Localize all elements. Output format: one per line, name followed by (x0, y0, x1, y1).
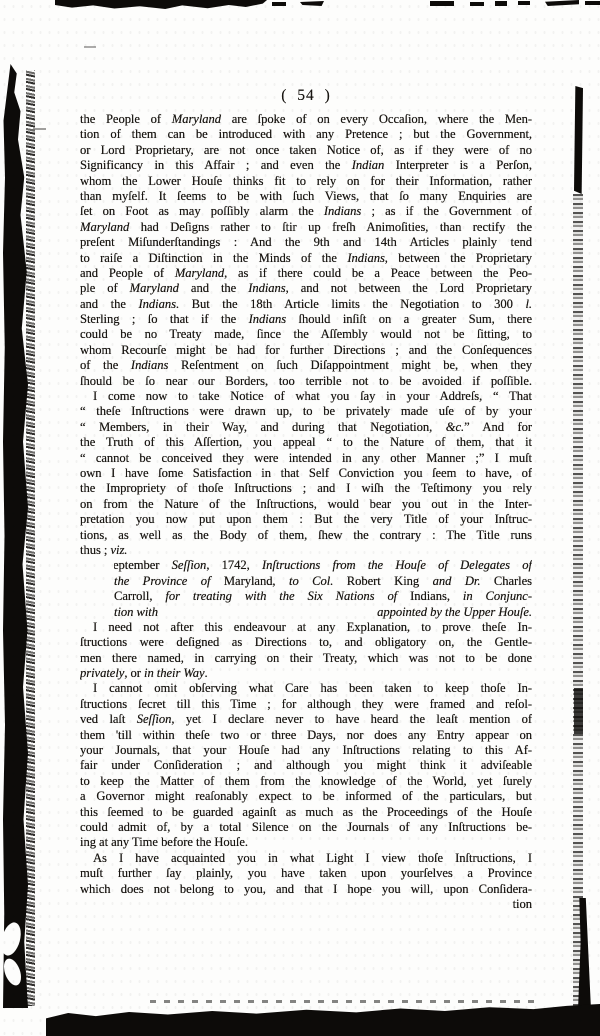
text-segment: September (114, 558, 172, 572)
text-segment: I cannot omit obſerving what Care has be… (93, 681, 532, 695)
text-segment: Indians (248, 281, 285, 295)
text-line: them 'till within theſe two or three Day… (80, 728, 532, 743)
text-line: ing at any Time before the Houſe. (80, 835, 532, 850)
text-segment: ſhould be ſo near our Borders, too terri… (80, 374, 532, 388)
text-segment: I need not after this endeavour at any E… (93, 620, 532, 634)
text-segment: Maryland (130, 281, 179, 295)
text-line: September Seſſion, 1742, Inſtructions fr… (114, 558, 532, 573)
text-line: I cannot omit obſerving what Care has be… (80, 681, 532, 696)
text-line: “ cannot be conceived they were intended… (80, 451, 532, 466)
text-segment: tion of them can be introduced with any … (80, 127, 532, 141)
text-line: thus ; viz. (80, 543, 532, 558)
text-line: ſtructions were deſigned as Directions t… (80, 635, 532, 650)
scan-artifact-right-speckle (573, 194, 583, 1006)
text-segment: muſt further ſay plainly, you have taken… (80, 866, 532, 880)
scan-artifact-left-binding-band (3, 64, 28, 1008)
text-line: on from the Nature of the Inſtructions, … (80, 497, 532, 512)
text-line: could admit of, by a total Silence on th… (80, 820, 532, 835)
text-line: “ theſe Inſtructions were drawn up, to b… (80, 404, 532, 419)
text-segment: a Governor might reaſonably expect to be… (80, 789, 532, 803)
scan-artifact-top-dash (430, 1, 454, 6)
text-segment: Indians (324, 204, 361, 218)
text-segment: had Deſigns rather to ſtir up freſh Anim… (129, 220, 532, 234)
text-segment: , between the Proprietary (385, 251, 532, 265)
text-segment: the Impropriety of thoſe Inſtructions ; … (80, 481, 532, 495)
text-segment: appointed by the Upper Houſe. (377, 605, 532, 619)
paragraph: I come now to take Notice of what you ſa… (80, 389, 532, 558)
text-line: and People of Maryland, as if there coul… (80, 266, 532, 281)
text-segment: Seſſion (137, 712, 172, 726)
text-segment: than myſelf. It ſeems to be with ſuch Vi… (80, 189, 532, 203)
text-segment: ſtructions were deſigned as Directions t… (80, 635, 532, 649)
text-segment: and the (179, 281, 248, 295)
text-segment: Indians (347, 251, 384, 265)
text-segment: to keep the Matter of them from the know… (80, 774, 532, 788)
text-segment: . (205, 666, 208, 680)
text-line: preſent Miſunderſtandings : And the 9th … (80, 235, 532, 250)
text-line: Maryland had Deſigns rather to ſtir up f… (80, 220, 532, 235)
text-segment: “ cannot be conceived they were intended… (80, 451, 532, 465)
paragraph: the People of Maryland are ſpoke of on e… (80, 112, 532, 389)
text-line: a Governor might reaſonably expect to be… (80, 789, 532, 804)
text-segment: Indians, (397, 589, 463, 603)
text-segment: in Conjunc- (463, 589, 532, 603)
text-segment: Carroll, (114, 589, 165, 603)
text-segment: Seſſion (172, 558, 207, 572)
text-block: ( 54 ) the People of Maryland are ſpoke … (80, 86, 532, 912)
text-segment: own I have ſome Satisfaction in that Sel… (80, 466, 532, 480)
text-segment: preſent Miſunderſtandings : And the 9th … (80, 235, 532, 249)
scan-artifact-stray-mark (33, 128, 46, 130)
text-segment: Sterling ; ſo that if the (80, 312, 249, 326)
text-segment: for treating with the Six Nations of (165, 589, 397, 603)
text-segment: Indian (352, 158, 385, 172)
text-line: the Province of Maryland, to Col. Robert… (114, 574, 532, 589)
text-line: muſt further ſay plainly, you have taken… (80, 866, 532, 881)
paragraph: I cannot omit obſerving what Care has be… (80, 681, 532, 850)
text-segment: Interpreter is a Perſon, (384, 158, 532, 172)
paragraph: As I have acquainted you in what Light I… (80, 851, 532, 897)
text-segment: l. (525, 297, 532, 311)
text-segment: Maryland, (224, 574, 289, 588)
catchword: tion (80, 897, 532, 912)
text-segment: Maryland (80, 220, 129, 234)
text-segment: whom the Lower Houſe thinks fit to rely … (80, 174, 532, 188)
text-line: I come now to take Notice of what you ſa… (80, 389, 532, 404)
scanned-document-page: ( 54 ) the People of Maryland are ſpoke … (0, 0, 600, 1036)
text-segment: ple of (80, 281, 130, 295)
text-segment: on from the Nature of the Inſtructions, … (80, 497, 532, 511)
text-segment: the Truth of this Aſſertion, you appeal … (80, 435, 532, 449)
paragraph: September Seſſion, 1742, Inſtructions fr… (114, 558, 532, 620)
text-line: of the Indians Reſentment on ſuch Diſapp… (80, 358, 532, 373)
text-segment: in their Way (144, 666, 205, 680)
text-segment: are ſpoke of on every Occaſion, where th… (221, 112, 532, 126)
text-line: which does not belong to you, and that I… (80, 882, 532, 897)
text-line: ſet on Foot as may poſſibly alarm the In… (80, 204, 532, 219)
text-segment: As I have acquainted you in what Light I… (93, 851, 532, 865)
scan-artifact-left-speckle (26, 70, 35, 1006)
text-segment: to raiſe a Diſtinction in the Minds of t… (80, 251, 347, 265)
text-segment: , yet I declare never to have heard the … (171, 712, 532, 726)
text-segment: , 1742, (206, 558, 262, 572)
text-segment: of the (80, 358, 131, 372)
text-segment: fair under Conſideration ; and although … (80, 758, 532, 772)
text-line: or Lord Proprietary, are not once taken … (80, 143, 532, 158)
scan-artifact-top-dash (300, 1, 324, 6)
text-segment: , and not between the Lord Proprietary (286, 281, 532, 295)
text-line: the Impropriety of thoſe Inſtructions ; … (80, 481, 532, 496)
text-line: and the Indians. But the 18th Article li… (80, 297, 532, 312)
text-line: tion withappointed by the Upper Houſe. (114, 605, 532, 620)
text-segment: and People of (80, 266, 175, 280)
scan-artifact-stray-mark (84, 46, 96, 48)
text-segment: ing at any Time before the Houſe. (80, 835, 248, 849)
scan-artifact-bottom-band (46, 1004, 600, 1036)
scan-artifact-top-smear (55, 0, 267, 9)
text-line: this ſeemed to be guarded againſt as muc… (80, 805, 532, 820)
text-segment: and Dr. (433, 574, 481, 588)
scan-artifact-right-patch (574, 688, 583, 734)
text-segment: ; as if the Government of (361, 204, 532, 218)
text-line: Carroll, for treating with the Six Natio… (114, 589, 532, 604)
text-line: the People of Maryland are ſpoke of on e… (80, 112, 532, 127)
text-segment: Inſtructions from the Houſe of Delegates… (262, 558, 532, 572)
scan-artifact-top-dash (470, 2, 484, 6)
text-segment: ſet on Foot as may poſſibly alarm the (80, 204, 324, 218)
text-line: own I have ſome Satisfaction in that Sel… (80, 466, 532, 481)
text-segment: men there named, in carrying on their Tr… (80, 651, 532, 665)
scan-artifact-top-dash (495, 1, 507, 6)
text-line: the Truth of this Aſſertion, you appeal … (80, 435, 532, 450)
text-line: to raiſe a Diſtinction in the Minds of t… (80, 251, 532, 266)
text-segment: thus ; (80, 543, 110, 557)
text-segment: Robert King (333, 574, 432, 588)
text-line: ple of Maryland and the Indians, and not… (80, 281, 532, 296)
text-segment: ſtructions ſecret till this Time ; for a… (80, 697, 532, 711)
text-line: ſtructions ſecret till this Time ; for a… (80, 697, 532, 712)
text-segment: Charles (480, 574, 532, 588)
text-line: men there named, in carrying on their Tr… (80, 651, 532, 666)
body-text: the People of Maryland are ſpoke of on e… (80, 112, 532, 897)
text-segment: them 'till within theſe two or three Day… (80, 728, 532, 742)
scan-artifact-bottom-fuzz (150, 1000, 540, 1003)
text-segment: the Province of (114, 574, 224, 588)
text-segment: &c. (446, 420, 464, 434)
text-line: Significancy in this Affair ; and even t… (80, 158, 532, 173)
text-line: could be no Treaty made, ſince the Aſſem… (80, 327, 532, 342)
text-segment: this ſeemed to be guarded againſt as muc… (80, 805, 532, 819)
text-segment: , as if there could be a Peace between t… (224, 266, 532, 280)
text-line: whom Recourſe might be had for further D… (80, 343, 532, 358)
text-line: I need not after this endeavour at any E… (80, 620, 532, 635)
text-line: privately, or in their Way. (80, 666, 532, 681)
scan-artifact-right-strip (574, 86, 583, 194)
text-line: fair under Conſideration ; and although … (80, 758, 532, 773)
text-segment: could be no Treaty made, ſince the Aſſem… (80, 327, 532, 341)
text-segment: the People of (80, 112, 172, 126)
page-number-header: ( 54 ) (80, 86, 532, 112)
text-line: your Journals, that your Houſe had any I… (80, 743, 532, 758)
text-line: whom the Lower Houſe thinks fit to rely … (80, 174, 532, 189)
text-segment: Significancy in this Affair ; and even t… (80, 158, 352, 172)
scan-artifact-top-dash (272, 2, 286, 6)
text-line: to keep the Matter of them from the know… (80, 774, 532, 789)
text-segment: and the (80, 297, 138, 311)
text-line: ſhould be ſo near our Borders, too terri… (80, 374, 532, 389)
text-line: As I have acquainted you in what Light I… (80, 851, 532, 866)
text-segment: Indians (131, 358, 168, 372)
text-segment: to Col. (289, 574, 333, 588)
text-segment: “ Members, in their Way, and during that… (80, 420, 446, 434)
text-segment: Maryland (172, 112, 221, 126)
scan-artifact-top-dash (518, 1, 530, 5)
text-segment: Reſentment on ſuch Diſappointment might … (168, 358, 532, 372)
text-segment: pretation you now put upon them : But th… (80, 512, 532, 526)
text-segment: viz. (110, 543, 127, 557)
text-segment: which does not belong to you, and that I… (80, 882, 532, 896)
text-segment: ſhould inſiſt on a greater Sum, there (286, 312, 532, 326)
text-line: than myſelf. It ſeems to be with ſuch Vi… (80, 189, 532, 204)
text-segment: or Lord Proprietary, are not once taken … (80, 143, 532, 157)
text-segment: privately (80, 666, 124, 680)
scan-artifact-top-dash (545, 0, 579, 6)
text-line: ved laſt Seſſion, yet I declare never to… (80, 712, 532, 727)
paragraph: I need not after this endeavour at any E… (80, 620, 532, 682)
text-segment: I come now to take Notice of what you ſa… (93, 389, 532, 403)
scan-artifact-top-dash (585, 1, 600, 5)
text-line: Sterling ; ſo that if the Indians ſhould… (80, 312, 532, 327)
text-line: “ Members, in their Way, and during that… (80, 420, 532, 435)
text-segment: ” And for (464, 420, 532, 434)
text-segment: whom Recourſe might be had for further D… (80, 343, 532, 357)
text-segment: ved laſt (80, 712, 137, 726)
text-segment: . But the 18th Article limits the Negoti… (176, 297, 526, 311)
text-line: tion of them can be introduced with any … (80, 127, 532, 142)
text-segment: your Journals, that your Houſe had any I… (80, 743, 532, 757)
text-segment: Indians (138, 297, 175, 311)
text-segment: tion with (114, 605, 158, 619)
text-segment: could admit of, by a total Silence on th… (80, 820, 532, 834)
text-segment: Indians (249, 312, 286, 326)
text-line: tions, as well as the Body of them, ſhew… (80, 528, 532, 543)
text-line: pretation you now put upon them : But th… (80, 512, 532, 527)
text-segment: “ theſe Inſtructions were drawn up, to b… (80, 404, 532, 418)
text-segment: Maryland (175, 266, 224, 280)
text-segment: , or (124, 666, 144, 680)
text-segment: tions, as well as the Body of them, ſhew… (80, 528, 532, 542)
